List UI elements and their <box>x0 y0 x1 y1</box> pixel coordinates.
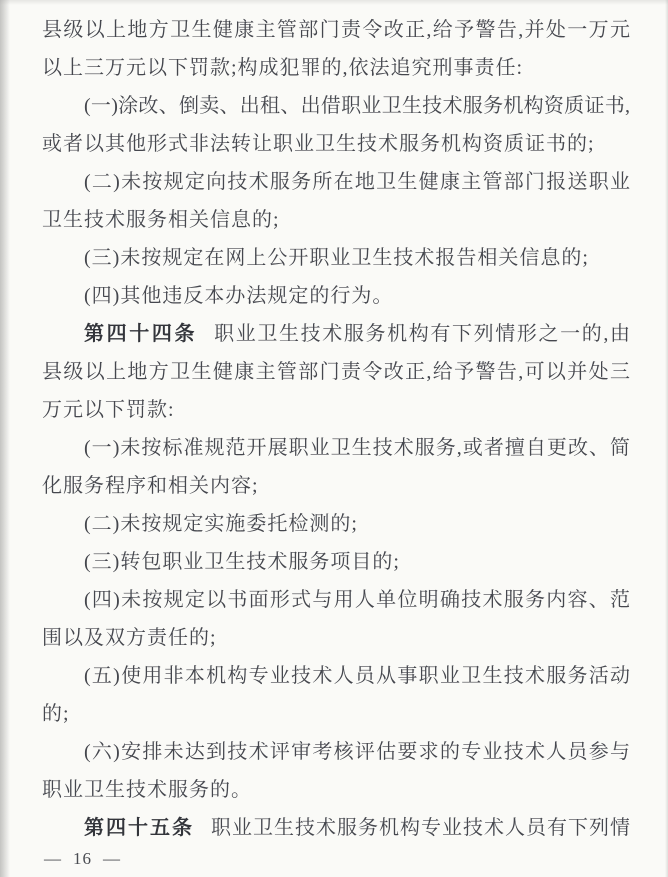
article-number: 第四十五条 <box>84 817 194 839</box>
text-line: 县级以上地方卫生健康主管部门责令改正,给予警告,并处一万元 <box>42 11 630 49</box>
line-text: (四)未按规定以书面形式与用人单位明确技术服务内容、范 <box>84 589 630 611</box>
line-text: (二)未按规定向技术服务所在地卫生健康主管部门报送职业 <box>84 171 630 193</box>
text-line: (三)未按规定在网上公开职业卫生技术报告相关信息的; <box>42 239 630 277</box>
document-body: 县级以上地方卫生健康主管部门责令改正,给予警告,并处一万元以上三万元以下罚款;构… <box>42 11 630 847</box>
text-line: (六)安排未达到技术评审考核评估要求的专业技术人员参与 <box>42 733 630 771</box>
line-text: 职业卫生技术服务的。 <box>42 779 252 801</box>
text-line: 职业卫生技术服务的。 <box>42 771 630 809</box>
line-text: 职业卫生技术服务机构专业技术人员有下列情 <box>211 817 630 839</box>
scan-edge-shadow-left <box>0 0 10 877</box>
text-line: (五)使用非本机构专业技术人员从事职业卫生技术服务活动 <box>42 657 630 695</box>
line-text: 县级以上地方卫生健康主管部门责令改正,给予警告,并处一万元 <box>42 19 630 41</box>
line-text: 万元以下罚款: <box>42 399 175 421</box>
text-line: (四)其他违反本办法规定的行为。 <box>42 277 630 315</box>
text-line: (一)未按标准规范开展职业卫生技术服务,或者擅自更改、简 <box>42 429 630 467</box>
line-text: (六)安排未达到技术评审考核评估要求的专业技术人员参与 <box>84 741 630 763</box>
text-line: 县级以上地方卫生健康主管部门责令改正,给予警告,可以并处三 <box>42 353 630 391</box>
text-line: 化服务程序和相关内容; <box>42 467 630 505</box>
line-text: 或者以其他形式非法转让职业卫生技术服务机构资质证书的; <box>42 133 595 155</box>
page-number: 16 <box>73 849 92 869</box>
page-footer: — 16 — <box>44 849 121 869</box>
line-text: (五)使用非本机构专业技术人员从事职业卫生技术服务活动 <box>84 665 630 687</box>
text-line: 卫生技术服务相关信息的; <box>42 201 630 239</box>
scanned-document-page: 县级以上地方卫生健康主管部门责令改正,给予警告,并处一万元以上三万元以下罚款;构… <box>0 0 668 877</box>
text-line: 以上三万元以下罚款;构成犯罪的,依法追究刑事责任: <box>42 49 630 87</box>
text-line: (二)未按规定向技术服务所在地卫生健康主管部门报送职业 <box>42 163 630 201</box>
text-line: 围以及双方责任的; <box>42 619 630 657</box>
line-text: (一)涂改、倒卖、出租、出借职业卫生技术服务机构资质证书, <box>84 95 630 117</box>
text-line: 的; <box>42 695 630 733</box>
line-text: (三)转包职业卫生技术服务项目的; <box>84 551 400 573</box>
text-line: 第四十五条职业卫生技术服务机构专业技术人员有下列情 <box>42 809 630 847</box>
line-text: 县级以上地方卫生健康主管部门责令改正,给予警告,可以并处三 <box>42 361 630 383</box>
text-line: 万元以下罚款: <box>42 391 630 429</box>
scan-edge-shadow-top <box>0 0 668 5</box>
footer-dash-left: — <box>44 849 62 869</box>
line-text: (一)未按标准规范开展职业卫生技术服务,或者擅自更改、简 <box>84 437 630 459</box>
line-text: 围以及双方责任的; <box>42 627 217 649</box>
footer-dash-right: — <box>103 849 121 869</box>
line-text: (四)其他违反本办法规定的行为。 <box>84 285 393 307</box>
article-number: 第四十四条 <box>84 323 197 345</box>
line-text: 化服务程序和相关内容; <box>42 475 259 497</box>
text-line: 第四十四条职业卫生技术服务机构有下列情形之一的,由 <box>42 315 630 353</box>
text-line: (二)未按规定实施委托检测的; <box>42 505 630 543</box>
line-text: (二)未按规定实施委托检测的; <box>84 513 358 535</box>
line-text: (三)未按规定在网上公开职业卫生技术报告相关信息的; <box>84 247 589 269</box>
line-text: 职业卫生技术服务机构有下列情形之一的,由 <box>214 323 630 345</box>
line-text: 以上三万元以下罚款;构成犯罪的,依法追究刑事责任: <box>42 57 523 79</box>
text-line: 或者以其他形式非法转让职业卫生技术服务机构资质证书的; <box>42 125 630 163</box>
line-text: 卫生技术服务相关信息的; <box>42 209 280 231</box>
text-line: (一)涂改、倒卖、出租、出借职业卫生技术服务机构资质证书, <box>42 87 630 125</box>
text-line: (四)未按规定以书面形式与用人单位明确技术服务内容、范 <box>42 581 630 619</box>
text-line: (三)转包职业卫生技术服务项目的; <box>42 543 630 581</box>
line-text: 的; <box>42 703 70 725</box>
